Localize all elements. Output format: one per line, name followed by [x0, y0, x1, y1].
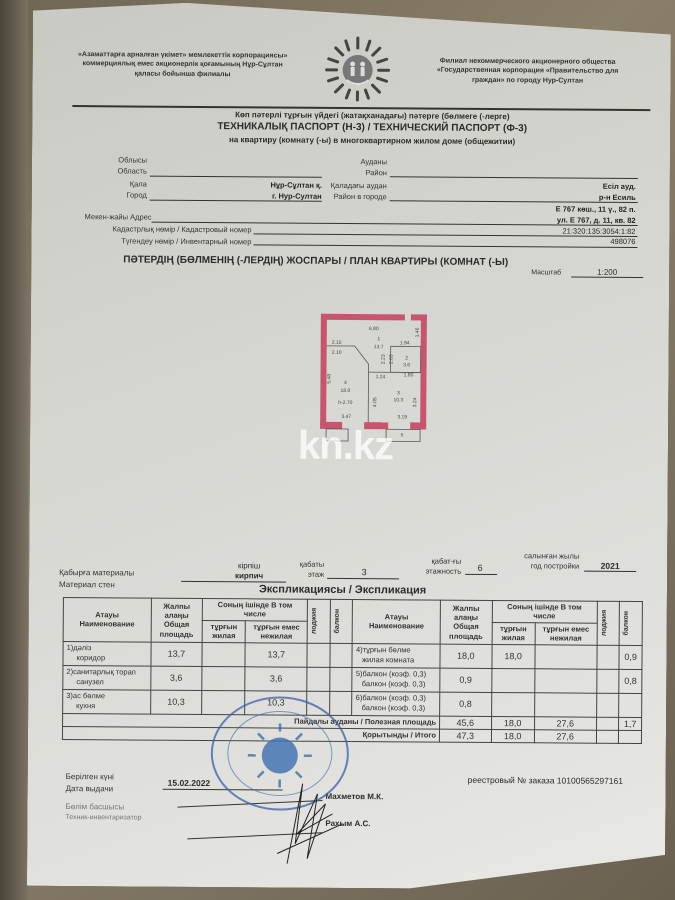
svg-text:3: 3: [397, 390, 400, 396]
room-balcony: [330, 667, 353, 691]
org-ru-line-3: граждан» по городу Нур-Султан: [408, 75, 648, 86]
svg-text:3.47: 3.47: [341, 414, 351, 420]
col-header-total-2: Жалпы алаңы Общая площадь: [440, 600, 492, 644]
inventory-value: 498076: [451, 236, 635, 246]
room-name: 1)дәлізкоридор: [63, 641, 151, 666]
floors-count-line: [465, 574, 497, 575]
watermark-logo: kn.kz: [298, 424, 393, 470]
room-living-area: [202, 666, 245, 690]
city-district-value-kz: Есіл ауд.: [512, 181, 636, 191]
room-total-area: 3,6: [150, 666, 202, 690]
room-living-area: 18,0: [491, 644, 534, 668]
col-header-incl-2: Соның ішінде В том числе: [492, 601, 597, 623]
floor-label-kz: қабаты: [284, 560, 324, 569]
room-total-area: 18,0: [440, 644, 492, 668]
issue-date-label-kz: Берілген күні: [66, 772, 114, 781]
city-label-kz: Қала: [92, 179, 147, 188]
room-name: 4)тұрғын бөлмежилая комната: [352, 643, 440, 668]
svg-text:1: 1: [377, 336, 380, 342]
year-built-label-ru: год постройки: [509, 561, 579, 570]
col-header-nonliving-2: тұрғын емес нежилая: [535, 623, 597, 645]
room-balcony: [619, 693, 642, 717]
org-name-kz: «Азаматтарға арналған үкімет» мемлекетті…: [63, 50, 303, 80]
room-nonliving-area: [535, 644, 597, 668]
room-name: 2)санитарлық торапсанузел: [63, 665, 151, 690]
col-header-nonliving: тұрғын емес нежилая: [245, 621, 307, 643]
useful-total: 45,6: [440, 716, 492, 729]
wall-material-value-ru: кирпич: [214, 571, 284, 580]
org-kz-line-3: қаласы бойынша филиалы: [63, 69, 303, 80]
city-district-label-ru: Район в городе: [312, 192, 387, 202]
svg-text:1.94: 1.94: [400, 340, 410, 346]
total-balcony: [619, 730, 642, 743]
inventory-label: Түгендеу нөмір / Инвентарный номер: [41, 236, 251, 246]
scale-value: 1:200: [571, 268, 643, 279]
order-number-value: 10100565297161: [557, 775, 623, 785]
wall-material-label-ru: Материал стен: [59, 580, 115, 589]
room-balcony: [330, 643, 353, 667]
total-living: 18,0: [491, 729, 534, 742]
rayon-label-ru: Район: [322, 168, 387, 177]
svg-text:2.23: 2.23: [381, 354, 387, 364]
department-head-label: Бөлім басшысы: [65, 802, 124, 811]
svg-text:1.46: 1.46: [415, 327, 421, 337]
col-header-name: Атауы Наименование: [63, 598, 151, 642]
svg-text:13.7: 13.7: [374, 344, 384, 350]
address-value-kz: Е 767 көш., 11 ү., 82 п.: [452, 204, 636, 214]
rayon-field-line: [390, 176, 638, 179]
background-edge: [0, 0, 28, 900]
svg-text:1.80: 1.80: [404, 372, 414, 378]
org-name-ru: Филиал некоммерческого акционерного обще…: [408, 56, 648, 86]
col-header-living-2: тұрғын жилая: [492, 622, 535, 644]
room-total-area: 0,9: [440, 668, 492, 692]
wall-material-value-kz: кірпіш: [214, 561, 284, 570]
col-header-living: тұрғын жилая: [202, 620, 245, 642]
room-loggia: [307, 667, 330, 691]
year-built-label-kz: салынған жылы: [509, 551, 579, 560]
table-header-row: Атауы Наименование Жалпы алаңы Общая пло…: [63, 598, 642, 624]
useful-living: 18,0: [491, 716, 534, 729]
room-loggia: [307, 643, 330, 667]
room-loggia: [597, 645, 620, 669]
svg-text:h-2.70: h-2.70: [338, 400, 352, 406]
plan-title: ПӘТЕРДІҢ (БӨЛМЕНІҢ (-ЛЕРДІҢ) ЖОСПАРЫ / П…: [123, 254, 508, 268]
svg-text:2.15: 2.15: [332, 340, 342, 346]
floor-value: 3: [329, 567, 399, 577]
title-ru-line: на квартиру (комнату (-ы) в многоквартир…: [92, 134, 652, 147]
year-built-line: [584, 571, 636, 572]
wall-material-line: [181, 581, 286, 583]
room-nonliving-area: [535, 668, 597, 692]
oblast-field-line: [150, 176, 322, 178]
svg-text:4.05: 4.05: [372, 397, 378, 407]
floors-count-label-ru: этажность: [409, 566, 461, 575]
total-nonliving: 27,6: [534, 729, 596, 742]
useful-balcony: 1,7: [619, 717, 642, 730]
order-number-label: реестровый № заказа: [468, 775, 555, 786]
svg-text:2: 2: [405, 355, 408, 361]
issue-date-value: 15.02.2022: [168, 778, 211, 788]
wall-material-label-kz: Қабырға материалы: [59, 568, 134, 578]
oblast-label-kz: Облысы: [92, 155, 147, 164]
svg-text:10.3: 10.3: [393, 397, 403, 403]
col-header-balcony-2: балкон: [619, 601, 642, 645]
room-nonliving-area: 3,6: [245, 666, 307, 690]
floors-count-value: 6: [465, 563, 495, 573]
rayon-label-kz: Ауданы: [322, 157, 387, 166]
explication-title: Экспликациясы / Экспликация: [259, 583, 426, 596]
cadastral-label: Кадастрлық нөмір / Кадастровый номер: [41, 224, 251, 234]
useful-nonliving: 27,6: [534, 716, 596, 729]
oblast-label-ru: Область: [92, 166, 147, 175]
svg-text:1.24: 1.24: [376, 374, 386, 380]
floor-label-ru: этаж: [284, 570, 324, 579]
floors-count-label-kz: қабат-ғы: [409, 556, 461, 565]
col-header-total: Жалпы алаңы Общая площадь: [151, 598, 203, 642]
city-field-line: [150, 200, 322, 202]
order-number: реестровый № заказа 10100565297161: [468, 775, 623, 786]
svg-text:2.03: 2.03: [389, 354, 395, 364]
room-name: 5)балкон (коэф. 0,3)балкон (коэф. 0,3): [352, 667, 440, 692]
room-loggia: [596, 693, 619, 717]
room-living-area: [202, 642, 245, 666]
col-header-loggia: лоджия: [307, 599, 330, 643]
col-header-loggia-2: лоджия: [597, 601, 620, 645]
col-header-name-2: Атауы Наименование: [353, 600, 441, 644]
room-nonliving-area: 13,7: [245, 642, 307, 666]
city-district-label-kz: Қаладағы аудан: [312, 181, 387, 191]
city-label-ru: Город: [92, 190, 147, 199]
room-balcony: 0,8: [619, 669, 642, 693]
technician-label: Техник-инвентаризатор: [65, 814, 141, 822]
svg-text:5.48: 5.48: [326, 374, 332, 384]
room-living-area: [491, 668, 534, 692]
room-loggia: [596, 669, 619, 693]
floor-line: [327, 578, 399, 580]
svg-text:4: 4: [344, 380, 347, 386]
address-label: Мекен-жайы Адрес: [42, 212, 152, 222]
room-total-area: 13,7: [151, 642, 203, 666]
room-name: 3)ас бөлмекухня: [63, 689, 151, 714]
room-balcony: 0,9: [619, 645, 642, 669]
technical-passport-document: «Азаматтарға арналған үкімет» мемлекетті…: [27, 2, 671, 890]
room-nonliving-area: [534, 692, 596, 716]
room-total-area: 0,8: [440, 692, 492, 716]
svg-text:3.6: 3.6: [403, 362, 410, 368]
city-value-kz: Нұр-Сұлтан қ.: [192, 180, 322, 190]
dim-top: 6.80: [369, 326, 379, 332]
col-header-incl: Соның ішінде В том числе: [202, 598, 307, 620]
room-living-area: [491, 692, 534, 716]
scale-label: Масштаб: [531, 269, 561, 276]
col-header-balcony: балкон: [330, 599, 353, 643]
signature-icon: [247, 763, 358, 874]
issue-date-label-ru: Дата выдачи: [66, 784, 114, 793]
svg-text:18.0: 18.0: [340, 388, 350, 394]
document-title: ТЕХНИКАЛЫҚ ПАСПОРТ (Н-3) / ТЕХНИЧЕСКИЙ П…: [92, 120, 652, 135]
svg-text:3.24: 3.24: [412, 397, 418, 407]
room-total-area: 10,3: [150, 690, 202, 714]
svg-text:3.19: 3.19: [397, 414, 407, 420]
svg-text:2.10: 2.10: [332, 350, 342, 356]
svg-text:5: 5: [401, 432, 404, 438]
year-built-value: 2021: [585, 561, 635, 571]
total-area: 47,3: [439, 729, 491, 742]
sun-family-logo-icon: [322, 34, 392, 104]
room-name: 6)балкон (коэф. 0,3)балкон (коэф. 0,3): [352, 691, 440, 716]
